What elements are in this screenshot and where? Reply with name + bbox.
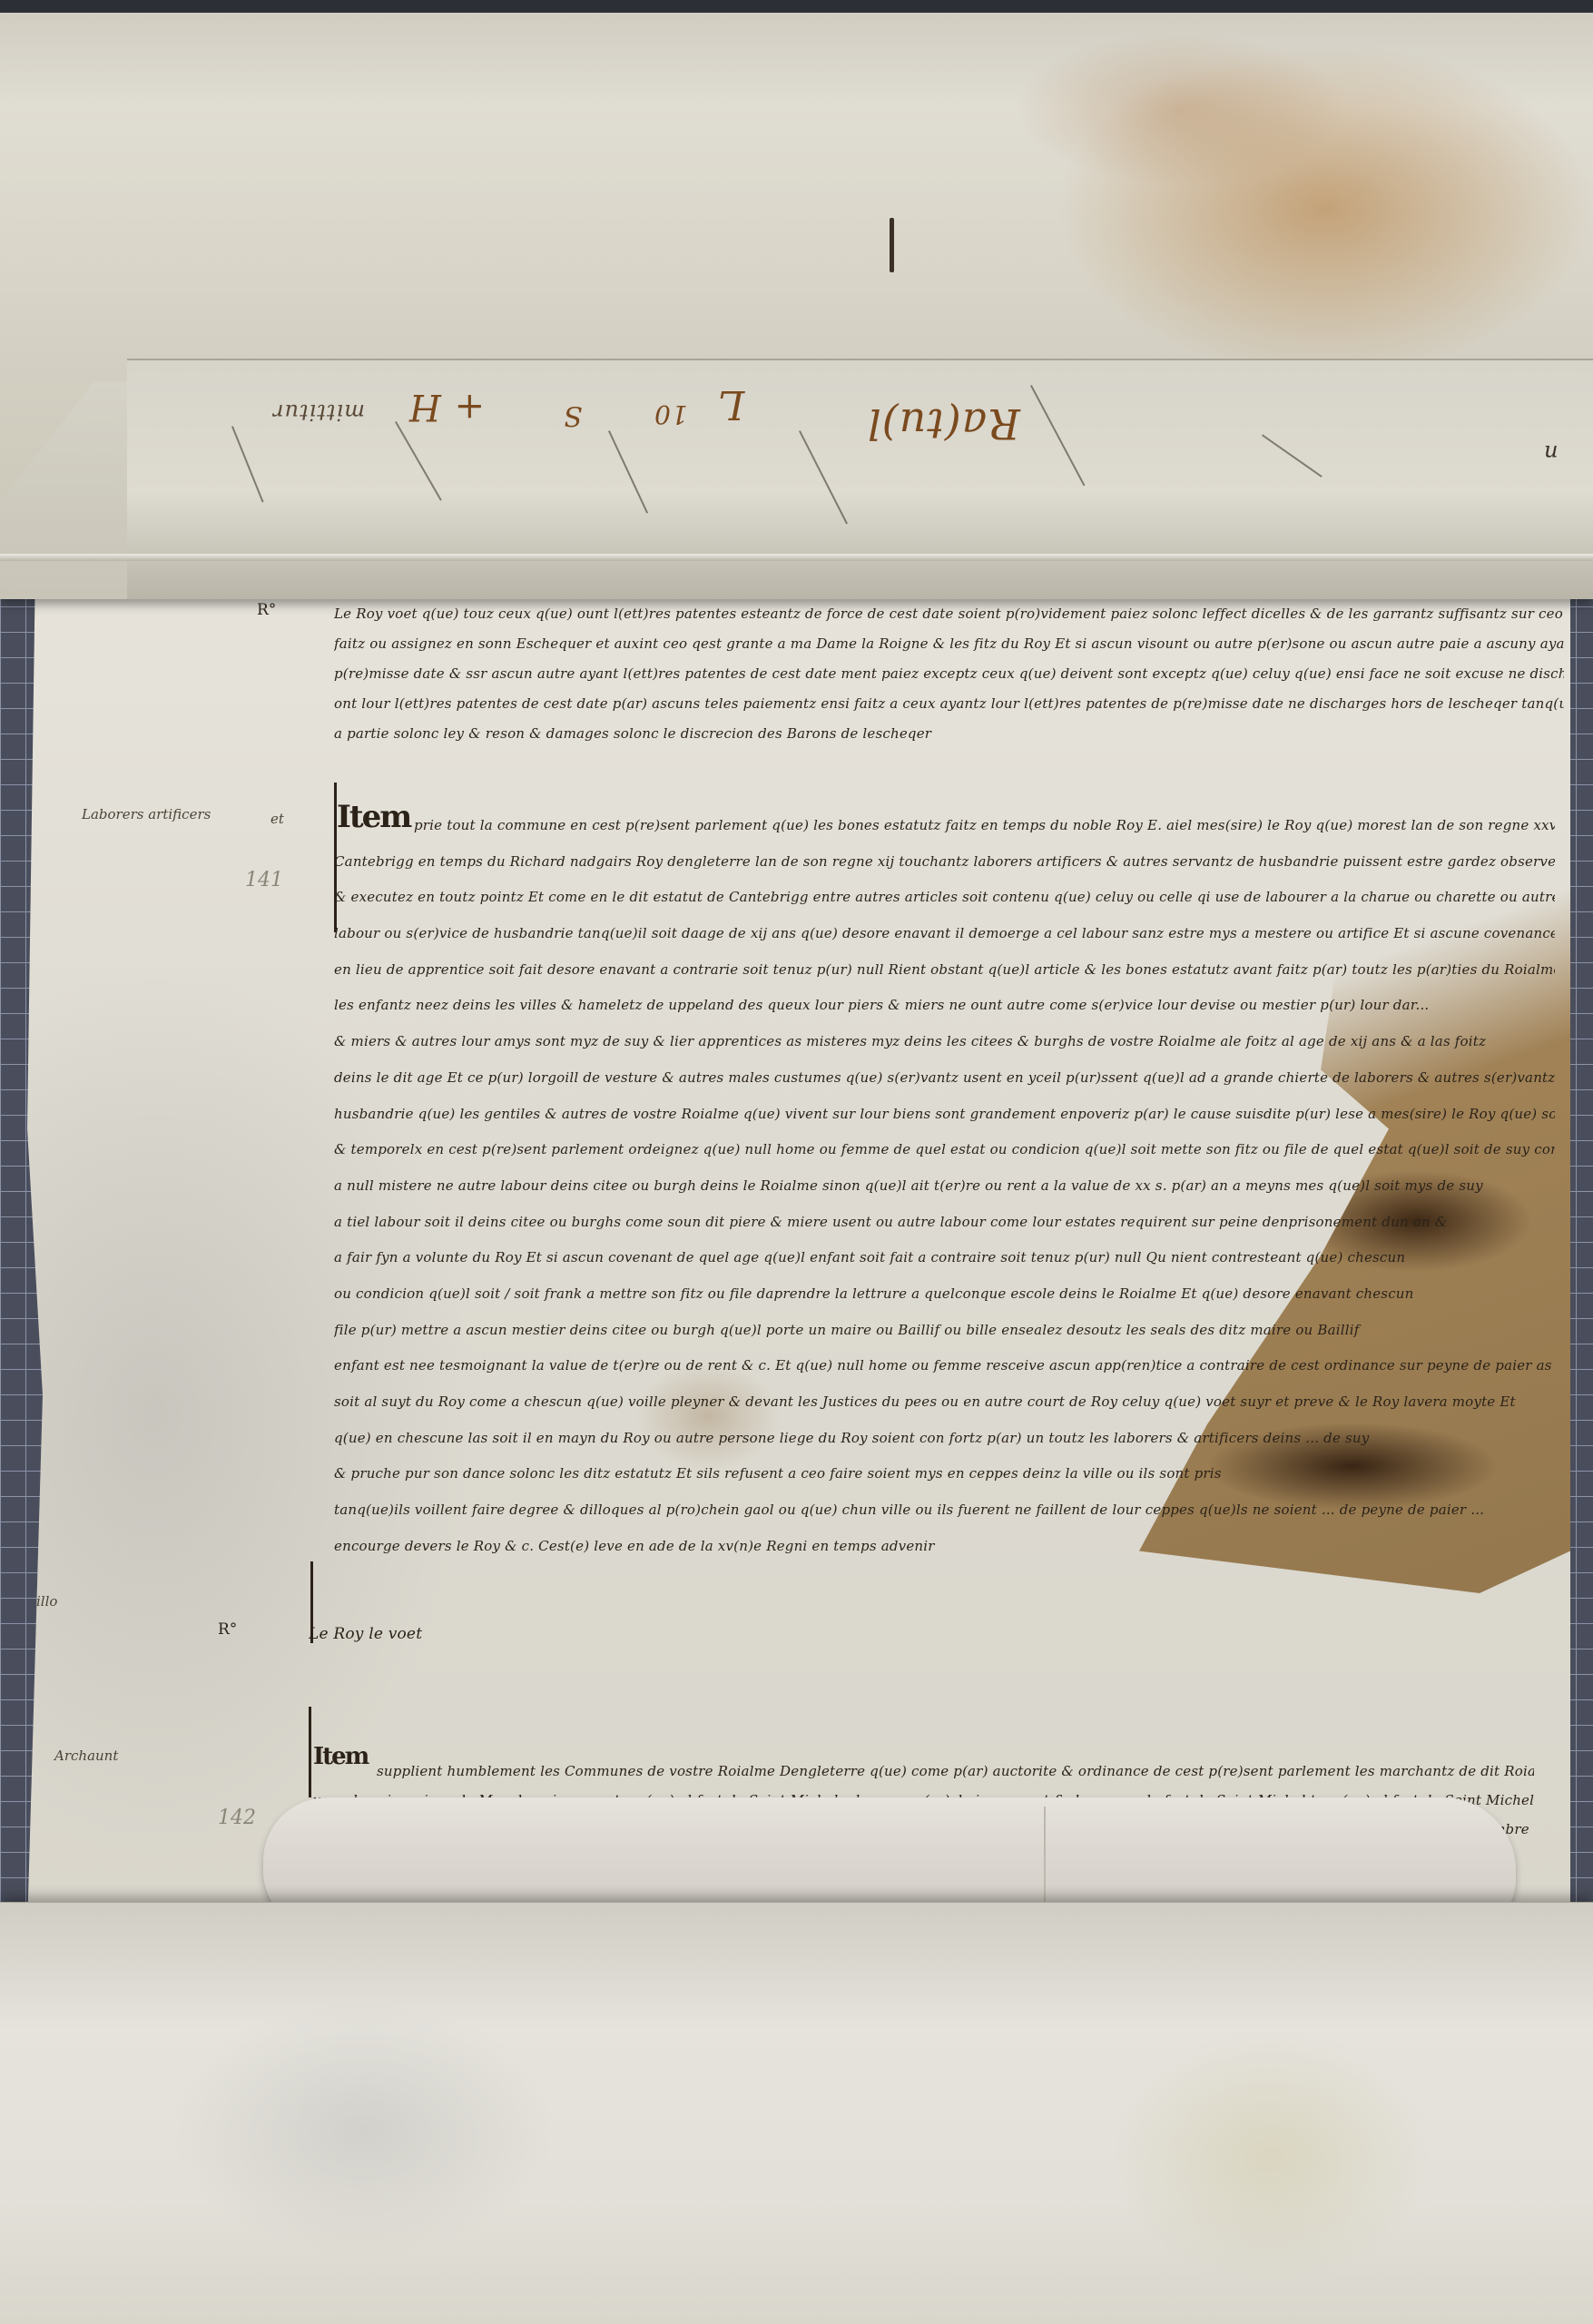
text-line: ou condicion q(ue)l soit / soit frank a … (334, 1276, 1555, 1313)
entry-number: 142 (218, 1807, 256, 1829)
text-line: p(re)misse date & ssr ascun autre ayant … (334, 659, 1564, 689)
margin-note-left: illo (36, 1593, 57, 1610)
text-line: labour ou s(er)vice de husbandrie tanq(u… (334, 916, 1555, 952)
text-line: a tiel labour soit il deins citee ou bur… (334, 1205, 1555, 1241)
text-line: & temporelx en cest p(re)sent parlement … (334, 1132, 1555, 1168)
text-line: Cantebrigg en temps du Richard nadgairs … (334, 844, 1555, 881)
text-line: faitz ou assignez en sonn Eschequer et a… (334, 629, 1564, 659)
response-marker: R° (218, 1620, 237, 1639)
text-line: a partie solonc ley & reson & damages so… (334, 719, 1564, 749)
text-line: tanq(ue)ils voillent faire degree & dill… (334, 1492, 1555, 1529)
text-line: deins le dit age Et ce p(ur) lorgoill de… (334, 1060, 1555, 1097)
text-line: a null mistere ne autre labour deins cit… (334, 1168, 1555, 1205)
dorse-note: 10 (654, 399, 688, 429)
royal-reply: Le Roy le voet (309, 1625, 422, 1643)
text-line: supplient humblement les Communes de vos… (313, 1757, 1534, 1786)
text-line: ont lour l(ett)res patentes de cest date… (334, 689, 1564, 719)
text-line: file p(ur) mettre a ascun mestier deins … (334, 1313, 1555, 1349)
text-line: prie tout la commune en cest p(re)sent p… (334, 808, 1555, 844)
text-line: soit al suyt du Roy come a chescun q(ue)… (334, 1384, 1555, 1421)
dorse-note: Ra(tu)l (867, 399, 1020, 448)
response-marker: R° (257, 601, 276, 619)
text-line: & miers & autres lour amys sont myz de s… (334, 1024, 1555, 1060)
reply-text: Le Roy le voet (309, 1625, 422, 1643)
membrane-fold (127, 359, 1593, 599)
dorse-edge-note: n (1543, 440, 1558, 466)
dorse-note: L (717, 381, 744, 428)
margin-subject-note: Archaunt (54, 1748, 118, 1764)
text-line: a fair fyn a volunte du Roy Et si ascun … (334, 1240, 1555, 1276)
text-line: husbandrie q(ue) les gentiles & autres d… (334, 1097, 1555, 1133)
dorse-note: mittitur (272, 399, 365, 425)
margin-mark: et (270, 811, 284, 827)
text-line: encourge devers le Roy & c. Cest(e) leve… (334, 1529, 1555, 1565)
dorse-note: + H (408, 386, 485, 428)
text-line: q(ue) en chescune las soit il en mayn du… (334, 1421, 1555, 1457)
entry-2-text: prie tout la commune en cest p(re)sent p… (334, 808, 1555, 1564)
roll-crease (0, 554, 1593, 561)
margin-subject-note: Laborers artificers (82, 806, 211, 822)
entry-number: 141 (245, 869, 283, 891)
top-edge-shadow (0, 0, 1593, 13)
text-line: les enfantz neez deins les villes & hame… (334, 988, 1555, 1024)
text-line: & executez en toutz pointz Et come en le… (334, 880, 1555, 916)
rolled-membrane-top: mittitur + H S 10 L Ra(tu)l n (0, 0, 1593, 599)
dorse-note: S (563, 399, 583, 431)
text-line: enfant est nee tesmoignant la value de t… (334, 1348, 1555, 1384)
text-line: & pruche pur son dance solonc les ditz e… (334, 1456, 1555, 1492)
ink-tick-mark (890, 218, 894, 272)
text-line: Le Roy voet q(ue) touz ceux q(ue) ount l… (334, 599, 1564, 629)
text-line: en lieu de apprentice soit fait desore e… (334, 952, 1555, 989)
initial-ascender (309, 1707, 311, 1797)
rolled-membrane-bottom (0, 1902, 1593, 2324)
entry-1-text: Le Roy voet q(ue) touz ceux q(ue) ount l… (334, 599, 1564, 749)
